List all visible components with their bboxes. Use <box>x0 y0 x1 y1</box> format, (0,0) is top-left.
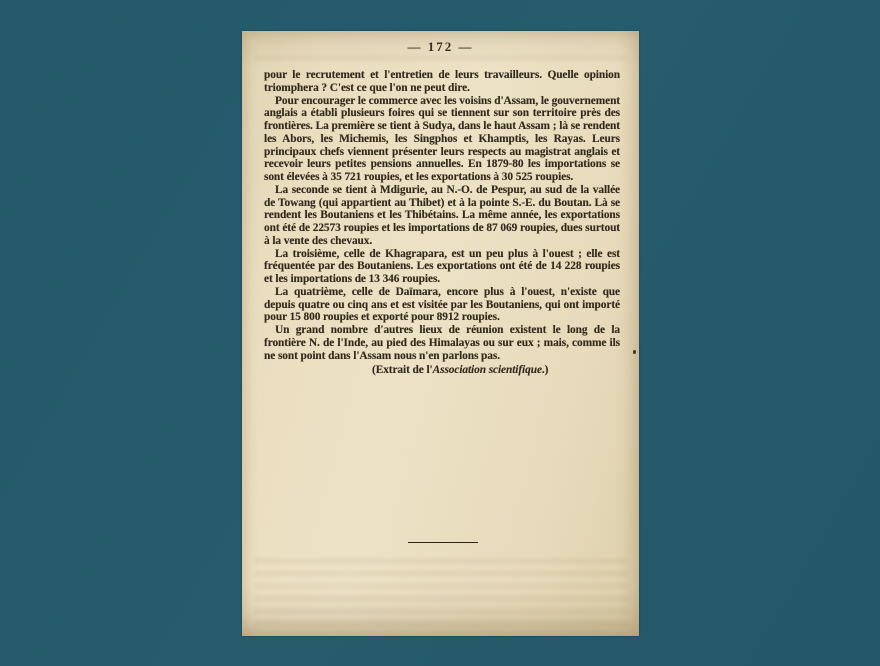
paragraph-conclusion: Un grand nombre d'autres lieux de réunio… <box>264 324 620 362</box>
section-divider-rule <box>408 542 478 543</box>
attribution-prefix: (Extrait de l' <box>372 364 433 376</box>
attribution-line: (Extrait de l'Association scientifique.) <box>264 364 620 377</box>
show-through-texture-bottom <box>254 558 629 632</box>
scan-background: — 172 — pour le recrutement et l'entreti… <box>0 0 880 666</box>
show-through-texture-top <box>254 55 629 68</box>
paragraph-quatrieme-foire: La quatrième, celle de Daïmara, encore p… <box>264 286 620 324</box>
paragraph-seconde-foire: La seconde se tient à Mdigurie, au N.-O.… <box>264 184 620 248</box>
ink-speck <box>633 350 636 354</box>
paragraph-foires: Pour encourager le commerce avec les voi… <box>264 95 620 184</box>
paragraph-troisieme-foire: La troisième, celle de Khagrapara, est u… <box>264 248 620 286</box>
paragraph-continuation: pour le recrutement et l'entretien de le… <box>264 69 620 95</box>
page-number: — 172 — <box>242 39 639 55</box>
scanned-page: — 172 — pour le recrutement et l'entreti… <box>242 31 639 636</box>
attribution-work-title: Association scientifique <box>433 364 542 376</box>
page-body: pour le recrutement et l'entretien de le… <box>264 69 620 377</box>
attribution-suffix: .) <box>542 364 548 376</box>
